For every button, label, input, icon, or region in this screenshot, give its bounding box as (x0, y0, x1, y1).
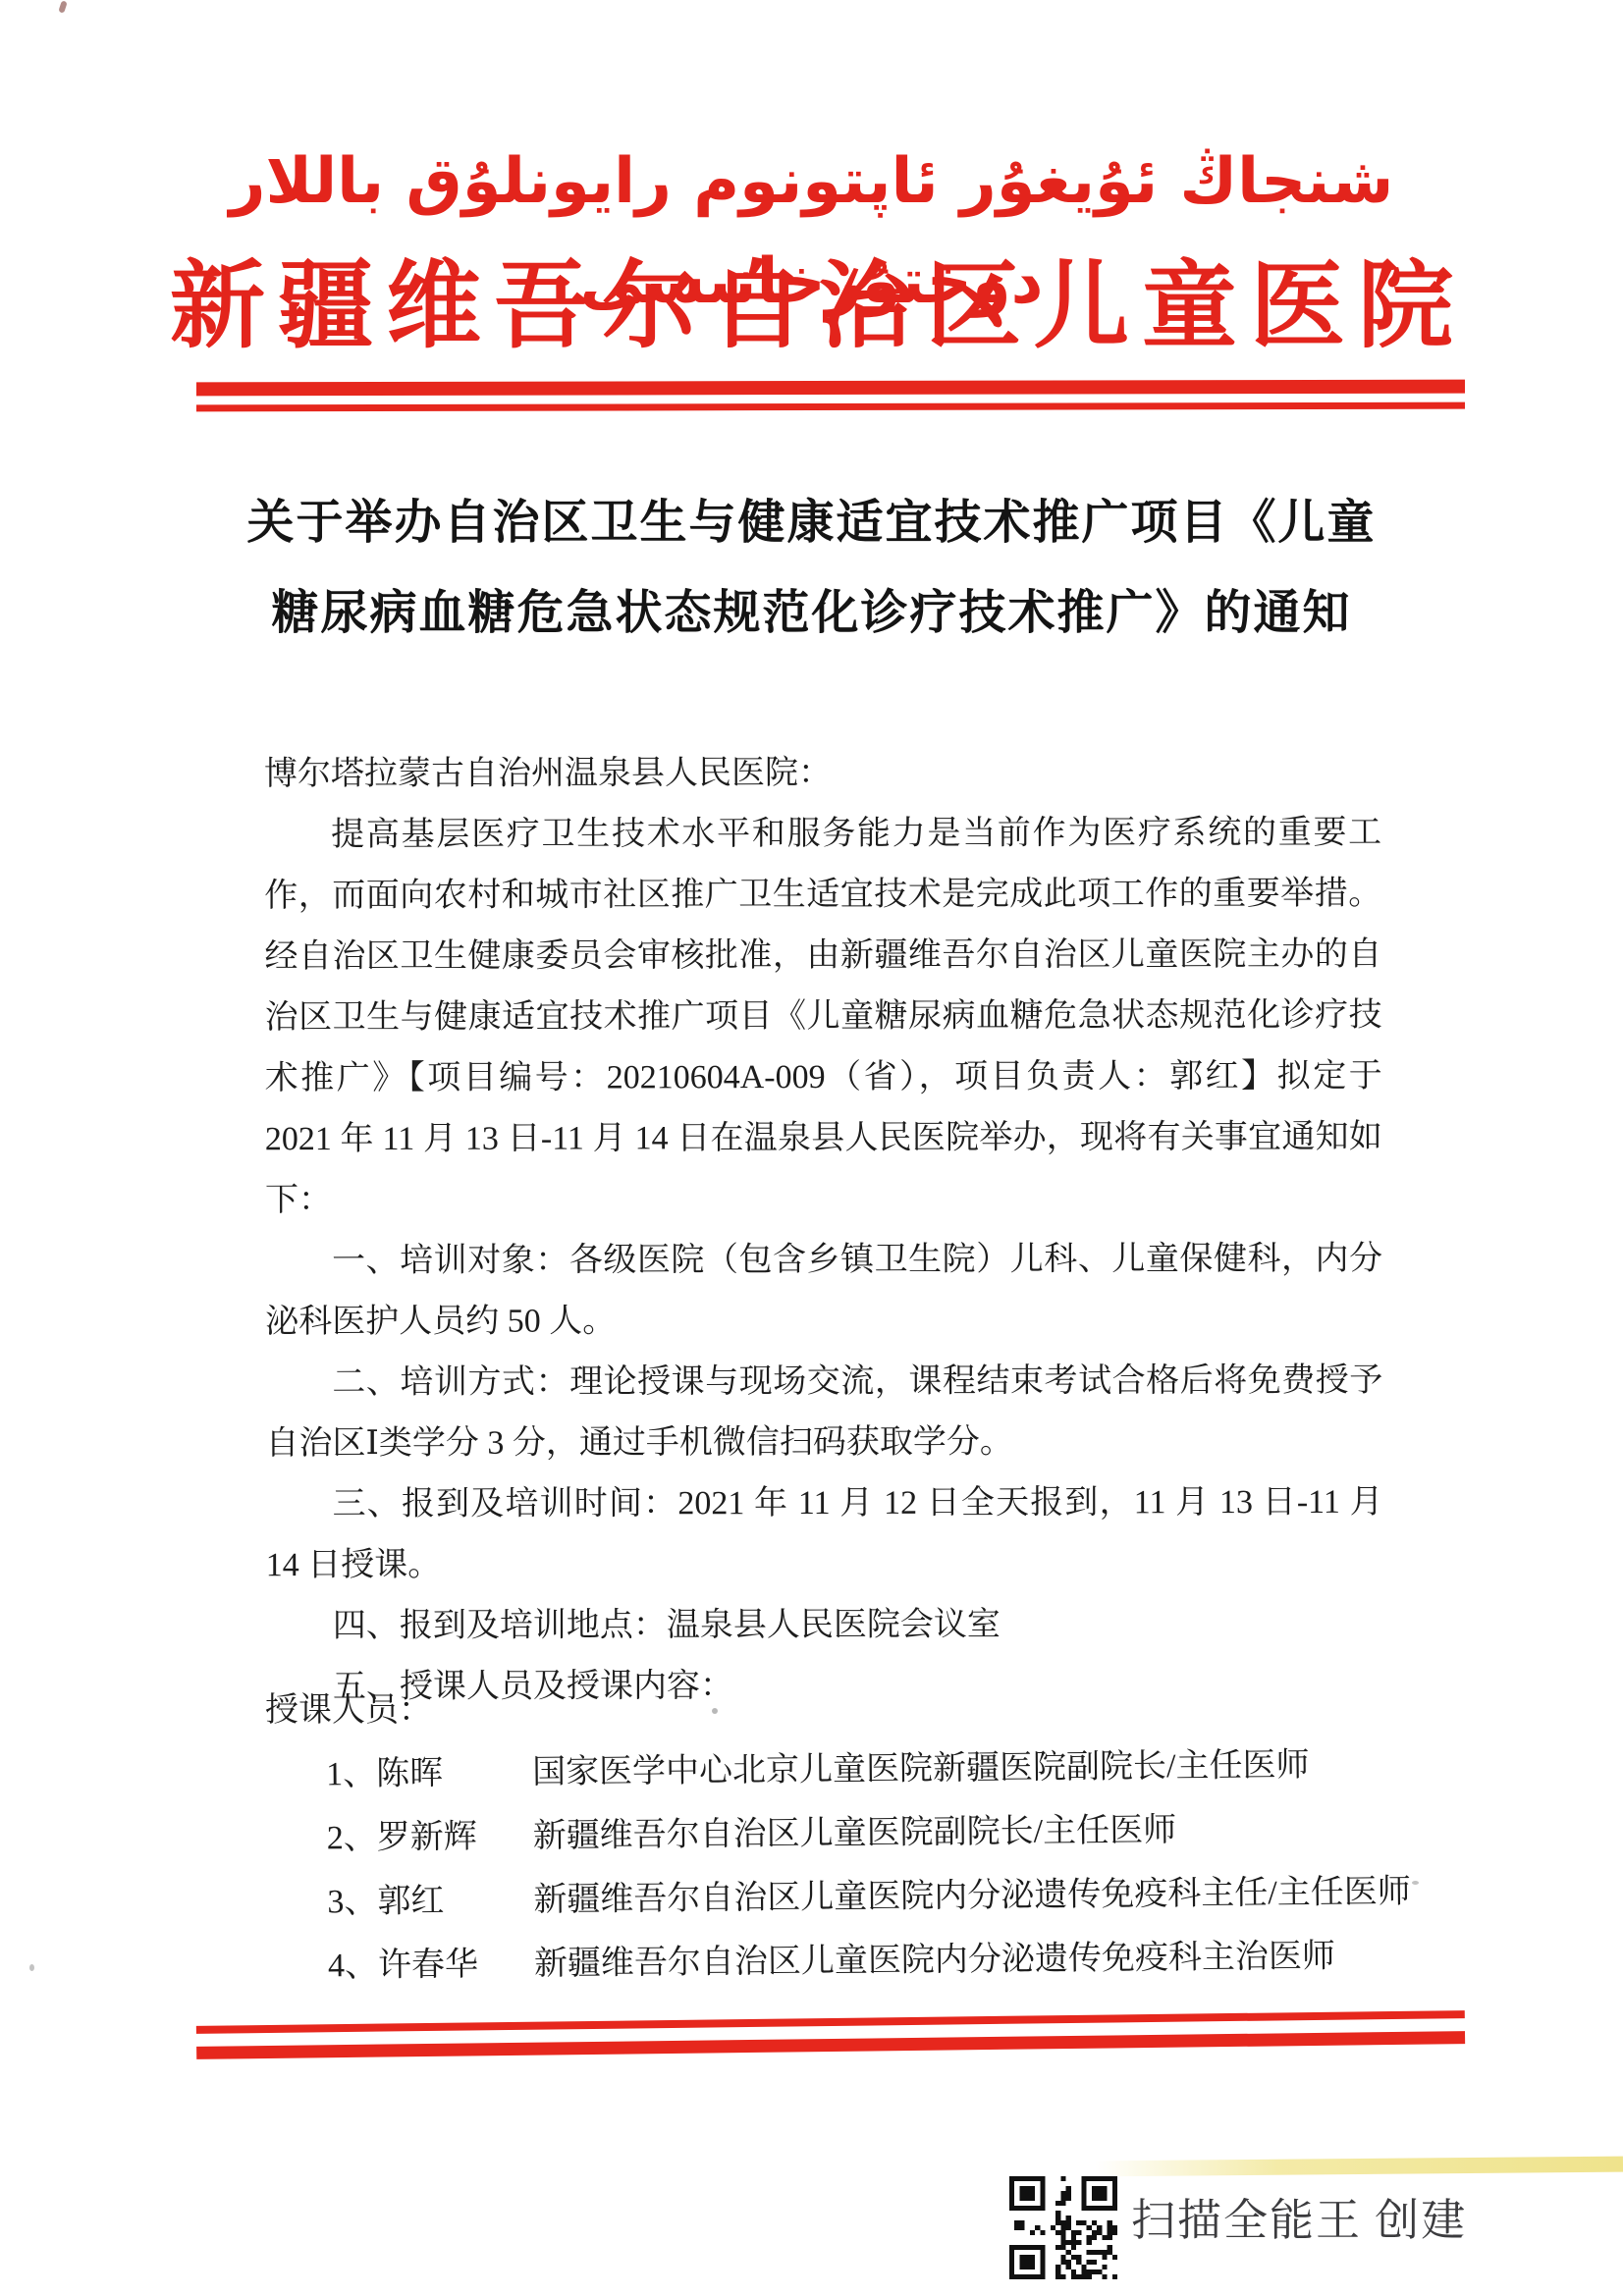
lecturer-label: 3、郭红 (265, 1872, 533, 1923)
body-paragraph-item3: 三、报到及培训时间：2021 年 11 月 12 日全天报到，11 月 13 日… (266, 1472, 1383, 1596)
body-paragraph-intro: 提高基层医疗卫生技术水平和服务能力是当前作为医疗系统的重要工作，而面向农村和城市… (264, 803, 1382, 1231)
letterhead-rule-thick (196, 380, 1465, 397)
ink-speck (29, 1964, 34, 1971)
lecturer-title: 新疆维吾尔自治区儿童医院内分泌遗传免疫科主任/主任医师 (533, 1864, 1414, 1921)
lecturer-title: 新疆维吾尔自治区儿童医院副院长/主任医师 (532, 1800, 1413, 1857)
lecturers-roster: 1、陈晖 国家医学中心北京儿童医院新疆医院副院长/主任医师 2、罗新辉 新疆维吾… (264, 1729, 1415, 1995)
notice-body: 博尔塔拉蒙古自治州温泉县人民医院： 提高基层医疗卫生技术水平和服务能力是当前作为… (264, 742, 1383, 1718)
body-paragraph-item4: 四、报到及培训地点：温泉县人民医院会议室 (266, 1594, 1383, 1657)
scanned-notice-page: شنجاڭ ئۇيغۇر ئاپتونوم رايونلۇق باللار دو… (0, 0, 1623, 2296)
footer-rule-bottom (196, 2031, 1465, 2059)
hospital-name-chinese: 新疆维吾尔自治区儿童医院 (0, 247, 1623, 366)
camscanner-watermark: 扫描全能王 创建 (1131, 2191, 1467, 2250)
notice-title-line2: 糖尿病血糖危急状态规范化诊疗技术推广》的通知 (271, 587, 1351, 639)
roster-row: 3、郭红 新疆维吾尔自治区儿童医院内分泌遗传免疫科主任/主任医师 (265, 1856, 1415, 1931)
body-paragraph-item1: 一、培训对象：各级医院（包含乡镇卫生院）儿科、儿童保健科，内分泌科医护人员约 5… (265, 1229, 1382, 1353)
qr-code-icon (1009, 2176, 1117, 2279)
lecturer-label: 1、陈晖 (264, 1744, 532, 1795)
lecturer-label: 2、罗新辉 (264, 1808, 532, 1859)
roster-row: 1、陈晖 国家医学中心北京儿童医院新疆医院副院长/主任医师 (264, 1729, 1414, 1803)
notice-title: 关于举办自治区卫生与健康适宜技术推广项目《儿童 糖尿病血糖危急状态规范化诊疗技术… (128, 478, 1495, 659)
body-paragraph-item5: 五、授课人员及授课内容： (266, 1655, 1383, 1718)
footer-rule-top (196, 2010, 1465, 2034)
footer-rules (196, 2010, 1465, 2059)
lecturer-title: 国家医学中心北京儿童医院新疆医院副院长/主任医师 (532, 1736, 1413, 1793)
notice-title-line1: 关于举办自治区卫生与健康适宜技术推广项目《儿童 (246, 497, 1376, 549)
lecturer-label: 4、许春华 (266, 1936, 534, 1987)
scan-streak (1095, 2157, 1623, 2177)
lecturers-heading: 授课人员： (265, 1681, 432, 1741)
body-paragraph-item2: 二、培训方式：理论授课与现场交流，课程结束考试合格后将免费授予自治区Ⅰ类学分 3… (265, 1351, 1382, 1474)
roster-row: 4、许春华 新疆维吾尔自治区儿童医院内分泌遗传免疫科主治医师 (266, 1920, 1416, 1995)
salutation: 博尔塔拉蒙古自治州温泉县人民医院： (264, 742, 1381, 805)
lecturer-title: 新疆维吾尔自治区儿童医院内分泌遗传免疫科主治医师 (534, 1928, 1415, 1985)
roster-row: 2、罗新辉 新疆维吾尔自治区儿童医院副院长/主任医师 (264, 1792, 1414, 1867)
letterhead-rule-thin (196, 402, 1465, 412)
ink-speck (58, 0, 67, 13)
